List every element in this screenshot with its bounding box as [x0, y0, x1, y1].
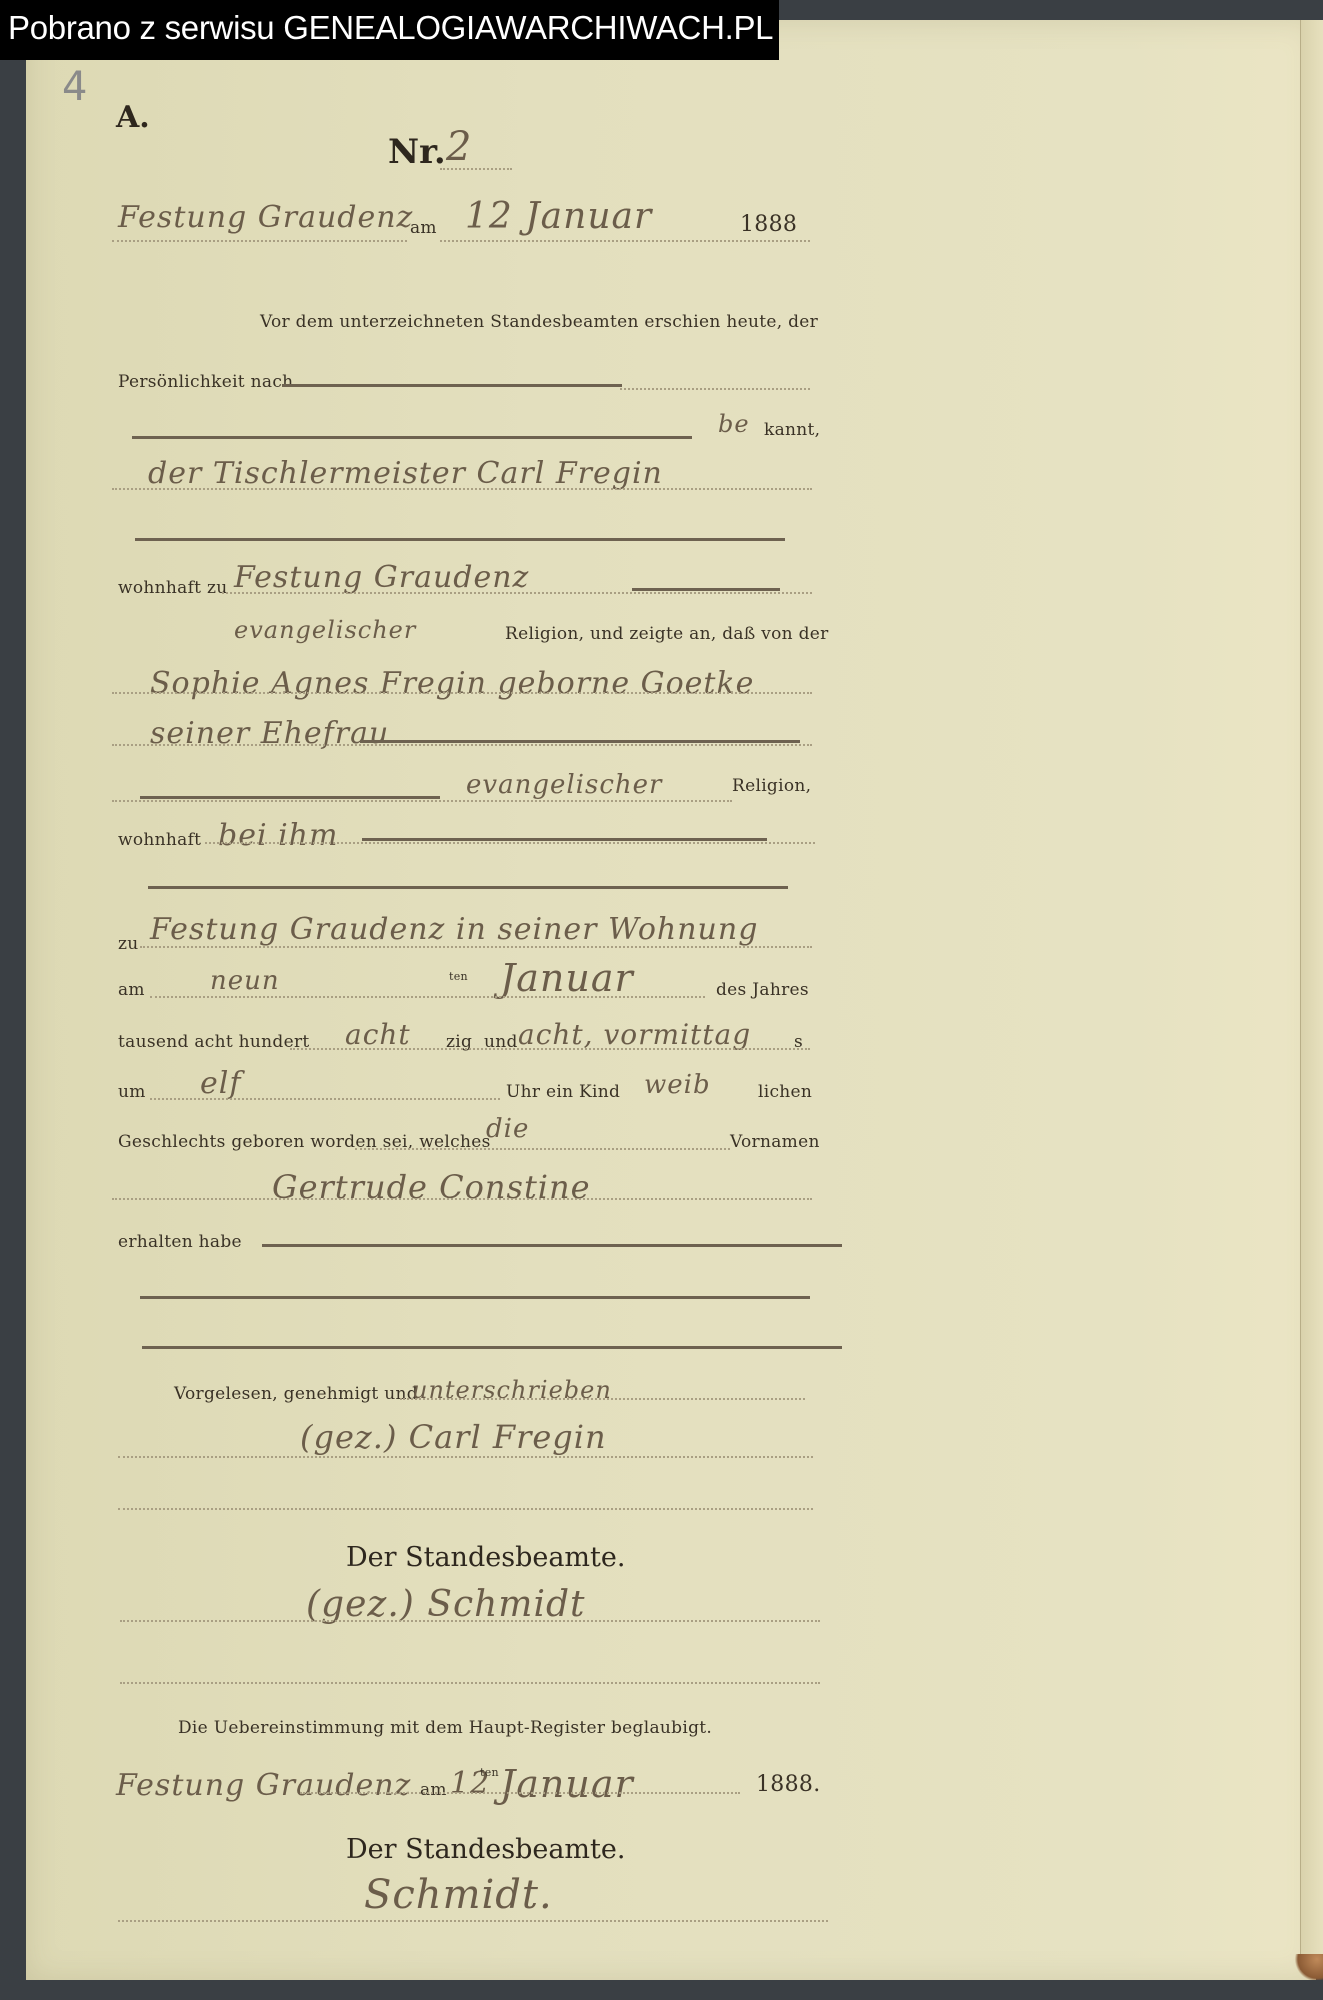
dotted-line	[120, 1682, 820, 1684]
dotted-line	[112, 744, 812, 746]
footer-month: Januar	[500, 1762, 634, 1806]
identity-suffix-print: kannt,	[764, 420, 820, 440]
dotted-line	[112, 488, 812, 490]
birth-month: Januar	[500, 956, 634, 1000]
record-number-label: Nr.	[388, 132, 446, 172]
religion-text: Religion, und zeigte an, daß von der	[505, 624, 829, 644]
registrar-title-1: Der Standesbeamte.	[346, 1542, 625, 1573]
dotted-line	[400, 1398, 805, 1400]
footer-year: 1888.	[756, 1772, 820, 1797]
mother-residence: bei ihm	[218, 818, 338, 853]
header-am: am	[410, 218, 437, 238]
year-units: acht, vormittag	[518, 1018, 751, 1051]
year-prefix: tausend acht hundert	[118, 1032, 310, 1052]
record-number: 2	[446, 124, 472, 170]
birthplace: Festung Graudenz in seiner Wohnung	[150, 912, 758, 947]
certification-text: Die Uebereinstimmung mit dem Haupt-Regis…	[178, 1718, 712, 1738]
blank-rule	[140, 796, 440, 799]
religion-label: Religion,	[732, 776, 811, 796]
blank-rule	[360, 740, 800, 743]
footer-am: am	[420, 1780, 447, 1800]
registrar-signature-2: Schmidt.	[364, 1872, 553, 1918]
dotted-line	[118, 1920, 828, 1922]
read-approved-label: Vorgelesen, genehmigt und	[174, 1384, 418, 1404]
identity-suffix-hand: be	[718, 410, 750, 438]
dotted-line	[118, 1508, 813, 1510]
informant-name: der Tischlermeister Carl Fregin	[148, 456, 663, 491]
intro-text: Vor dem unterzeichneten Standesbeamten e…	[260, 312, 818, 332]
dotted-line	[112, 240, 407, 242]
mother-name: Sophie Agnes Fregin geborne Goetke	[150, 666, 754, 701]
dotted-line	[140, 946, 812, 948]
informant-signature: (gez.) Carl Fregin	[300, 1418, 607, 1456]
dotted-line	[222, 592, 812, 594]
blank-rule	[362, 838, 767, 841]
footer-place: Festung Graudenz	[116, 1768, 411, 1803]
dotted-line	[355, 1148, 730, 1150]
identity-label: Persönlichkeit nach	[118, 372, 293, 392]
blank-rule	[140, 1296, 810, 1299]
residence: Festung Graudenz	[234, 560, 529, 595]
blank-rule	[135, 538, 785, 541]
blank-rule	[142, 1346, 842, 1349]
header-place: Festung Graudenz	[118, 200, 413, 235]
birth-day-suffix: ten	[449, 970, 468, 983]
dotted-line	[112, 800, 732, 802]
year-label: des Jahres	[716, 980, 809, 1000]
footer-day-suffix: ten	[480, 1766, 499, 1779]
birth-day-label: am	[118, 980, 145, 1000]
given-names-label: Vornamen	[730, 1132, 820, 1152]
header-year: 1888	[740, 212, 797, 237]
blank-rule	[282, 384, 622, 387]
article: die	[486, 1114, 529, 1144]
mother-residence-label: wohnhaft	[118, 830, 201, 850]
section-letter: A.	[116, 100, 150, 135]
dotted-line	[300, 1792, 740, 1794]
mother-religion: evangelischer	[466, 770, 662, 800]
hour-label: um	[118, 1082, 146, 1102]
dotted-line	[620, 388, 810, 390]
dotted-line	[112, 692, 812, 694]
child-label: Uhr ein Kind	[506, 1082, 620, 1102]
blank-rule	[262, 1244, 842, 1247]
dotted-line	[112, 1198, 812, 1200]
dotted-line	[120, 1620, 820, 1622]
source-watermark: Pobrano z serwisu GENEALOGIAWARCHIWACH.P…	[0, 0, 779, 60]
blank-rule	[132, 436, 692, 439]
margin-pencil-note: 4	[62, 64, 87, 110]
blank-rule	[148, 886, 788, 889]
received-label: erhalten habe	[118, 1232, 242, 1252]
dotted-line	[290, 1048, 810, 1050]
header-date: 12 Januar	[465, 196, 652, 237]
page-edge	[1300, 20, 1323, 1970]
child-sex: weib	[644, 1070, 711, 1100]
informant-religion: evangelischer	[234, 616, 416, 644]
sex-suffix: lichen	[758, 1082, 812, 1102]
registrar-signature-1: (gez.) Schmidt	[306, 1584, 585, 1625]
registrar-title-2: Der Standesbeamte.	[346, 1834, 625, 1865]
birth-day: neun	[210, 966, 280, 996]
hour: elf	[200, 1066, 241, 1101]
dotted-line	[440, 240, 810, 242]
torn-corner	[1293, 1954, 1323, 1980]
birthplace-label: zu	[118, 934, 139, 954]
dotted-line	[150, 1098, 500, 1100]
year-tens: acht	[345, 1018, 411, 1051]
dotted-line	[150, 996, 705, 998]
given-names: Gertrude Constine	[272, 1168, 591, 1206]
dotted-line	[205, 842, 815, 844]
dotted-line	[118, 1456, 813, 1458]
blank-rule	[632, 588, 780, 591]
dotted-line	[440, 168, 512, 170]
residence-label: wohnhaft zu	[118, 578, 228, 598]
